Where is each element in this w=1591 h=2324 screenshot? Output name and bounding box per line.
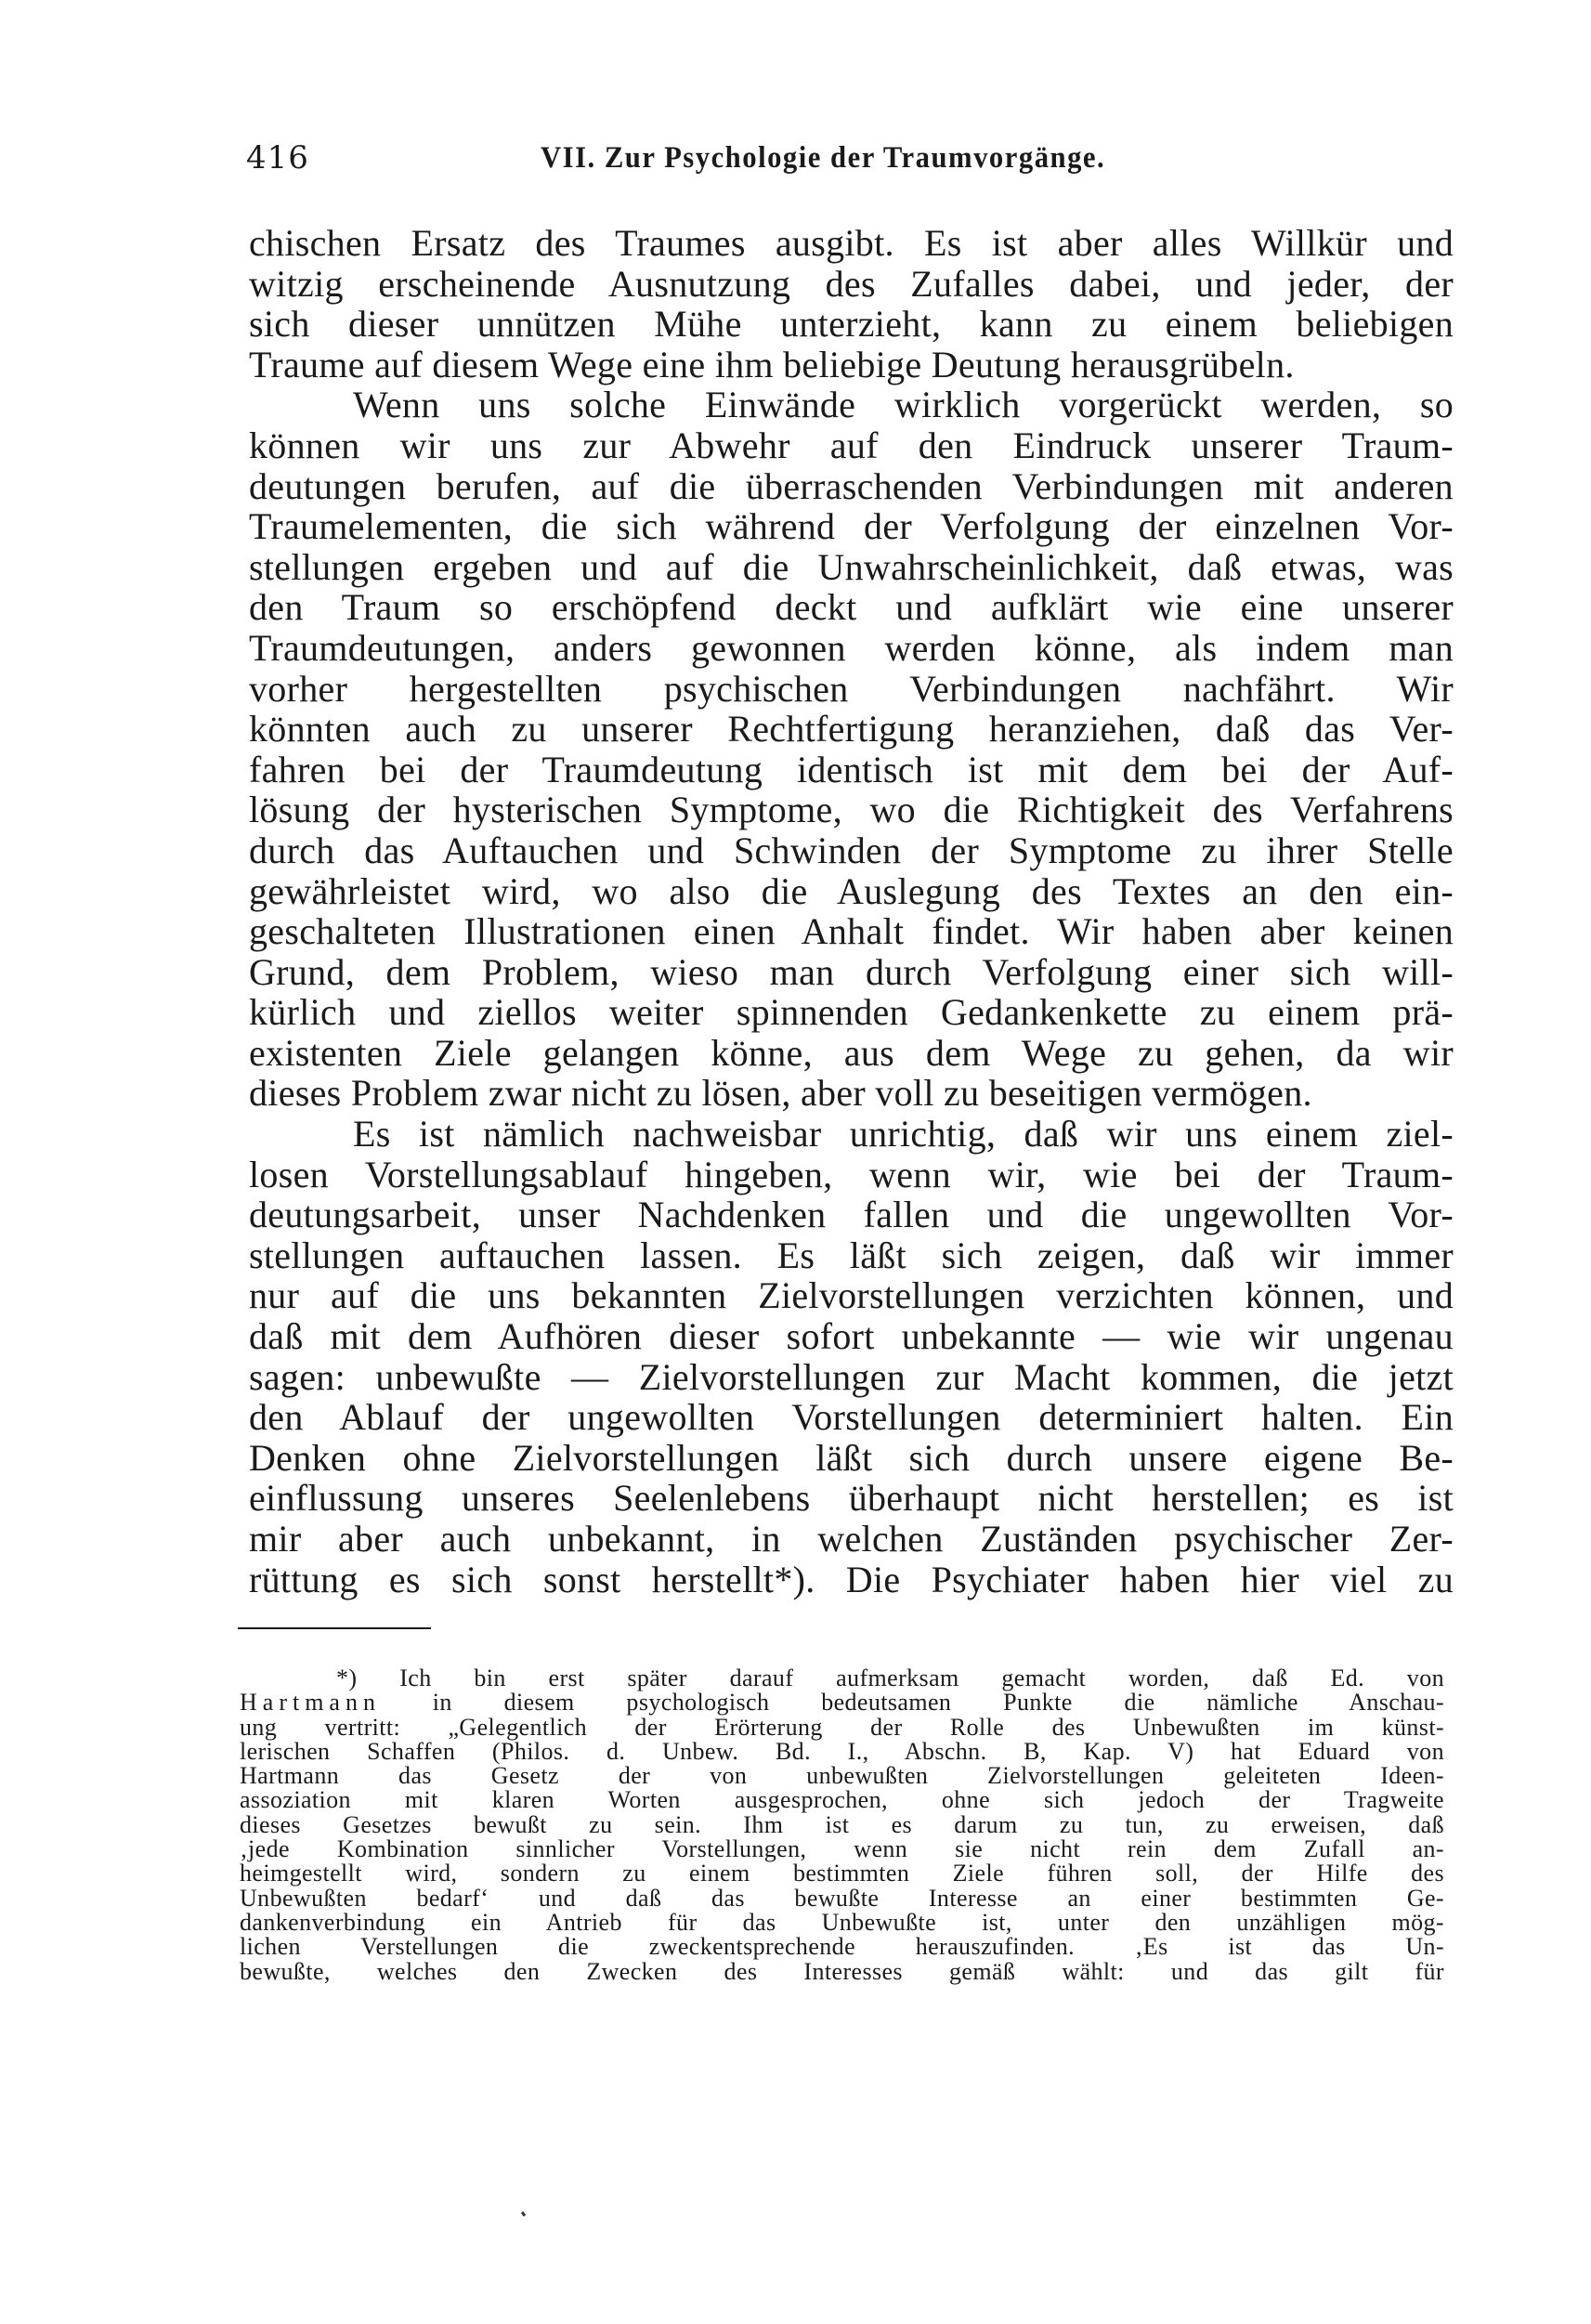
text-line: chischen Ersatz des Traumes ausgibt. Es … bbox=[249, 223, 1454, 264]
text-line: sagen: unbewußte — Zielvorstellungen zur… bbox=[249, 1357, 1454, 1398]
text-line: den Traum so erschöpfend deckt und aufkl… bbox=[249, 587, 1454, 628]
footnote-line: lichen Verstellungen die zweckentspreche… bbox=[240, 1935, 1444, 1959]
footnote-line: Hartmann das Gesetz der von unbewußten Z… bbox=[240, 1764, 1444, 1788]
text-line: den Ablauf der ungewollten Vorstellungen… bbox=[249, 1397, 1454, 1438]
text-line: kürlich und ziellos weiter spinnenden Ge… bbox=[249, 992, 1454, 1033]
footnote-line: dankenverbindung ein Antrieb für das Unb… bbox=[240, 1911, 1444, 1935]
footnote-line: ung vertritt: „Gelegentlich der Erörteru… bbox=[240, 1716, 1444, 1740]
footnote-line: heimgestellt wird, sondern zu einem best… bbox=[240, 1861, 1444, 1886]
paragraph-end-line: Traume auf diesem Wege eine ihm beliebig… bbox=[249, 345, 1454, 385]
footnote-line: dieses Gesetzes bewußt zu sein. Ihm ist … bbox=[240, 1813, 1444, 1837]
text-line: Denken ohne Zielvorstellungen läßt sich … bbox=[249, 1438, 1454, 1479]
book-page: 416 VII. Zur Psychologie der Traumvorgän… bbox=[0, 0, 1591, 2324]
text-line: vorher hergestellten psychischen Verbind… bbox=[249, 669, 1454, 710]
running-head: 416 VII. Zur Psychologie der Traumvorgän… bbox=[246, 136, 1454, 180]
spaced-name: Hartmann bbox=[240, 1689, 381, 1716]
footnote: *) Ich bin erst später darauf aufmerksam… bbox=[240, 1666, 1444, 1984]
text-line: losen Vorstellungsablauf hingeben, wenn … bbox=[249, 1155, 1454, 1195]
text-line: einflussung unseres Seelenlebens überhau… bbox=[249, 1478, 1454, 1519]
chapter-title: VII. Zur Psychologie der Traumvorgänge. bbox=[541, 136, 1105, 180]
text-line: fahren bei der Traumdeutung identisch is… bbox=[249, 750, 1454, 790]
text-line: sich dieser unnützen Mühe unterzieht, ka… bbox=[249, 304, 1454, 345]
text-line: mir aber auch unbekannt, in welchen Zust… bbox=[249, 1519, 1454, 1560]
footnote-line: ‚jede Kombination sinnlicher Vorstellung… bbox=[240, 1837, 1444, 1861]
footnote-line: bewußte, welches den Zwecken des Interes… bbox=[240, 1960, 1444, 1984]
footnote-line: Unbewußten bedarf‘ und daß das bewußte I… bbox=[240, 1887, 1444, 1911]
page-number: 416 bbox=[246, 136, 309, 180]
text-line: stellungen ergeben und auf die Unwahrsch… bbox=[249, 547, 1454, 588]
text-line: gewährleistet wird, wo also die Auslegun… bbox=[249, 871, 1454, 912]
paragraph-start-line: Wenn uns solche Einwände wirklich vorger… bbox=[249, 385, 1454, 425]
text-line: daß mit dem Aufhören dieser sofort unbek… bbox=[249, 1316, 1454, 1357]
scan-speck bbox=[521, 2212, 526, 2217]
text-line: könnten auch zu unserer Rechtfertigung h… bbox=[249, 709, 1454, 750]
text-line: rüttung es sich sonst herstellt*). Die P… bbox=[249, 1560, 1454, 1600]
text-line: Traumelementen, die sich während der Ver… bbox=[249, 506, 1454, 547]
paragraph-end-line: dieses Problem zwar nicht zu lösen, aber… bbox=[249, 1073, 1454, 1114]
text-line: existenten Ziele gelangen könne, aus dem… bbox=[249, 1033, 1454, 1074]
text-line: geschalteten Illustrationen einen Anhalt… bbox=[249, 911, 1454, 952]
text-line: deutungsarbeit, unser Nachdenken fallen … bbox=[249, 1195, 1454, 1235]
text-line: lösung der hysterischen Symptome, wo die… bbox=[249, 790, 1454, 830]
footnote-line: *) Ich bin erst später darauf aufmerksam… bbox=[240, 1666, 1444, 1691]
text-line: deutungen berufen, auf die überraschende… bbox=[249, 466, 1454, 507]
text-line: Grund, dem Problem, wieso man durch Verf… bbox=[249, 952, 1454, 993]
footnote-line: Hartmann in diesem psychologisch bedeuts… bbox=[240, 1691, 1444, 1715]
text-line: stellungen auftauchen lassen. Es läßt si… bbox=[249, 1235, 1454, 1276]
text-line: Traumdeutungen, anders gewonnen werden k… bbox=[249, 628, 1454, 669]
paragraph-start-line: Es ist nämlich nachweisbar unrichtig, da… bbox=[249, 1114, 1454, 1155]
text-line: durch das Auftauchen und Schwinden der S… bbox=[249, 830, 1454, 871]
footnote-line: lerischen Schaffen (Philos. d. Unbew. Bd… bbox=[240, 1740, 1444, 1764]
text-line: nur auf die uns bekannten Zielvorstellun… bbox=[249, 1275, 1454, 1316]
body-text: chischen Ersatz des Traumes ausgibt. Es … bbox=[249, 223, 1454, 1599]
text-line: witzig erscheinende Ausnutzung des Zufal… bbox=[249, 264, 1454, 305]
footnote-line: assoziation mit klaren Worten ausgesproc… bbox=[240, 1788, 1444, 1812]
text-line: können wir uns zur Abwehr auf den Eindru… bbox=[249, 425, 1454, 466]
footnote-rule bbox=[238, 1627, 431, 1629]
